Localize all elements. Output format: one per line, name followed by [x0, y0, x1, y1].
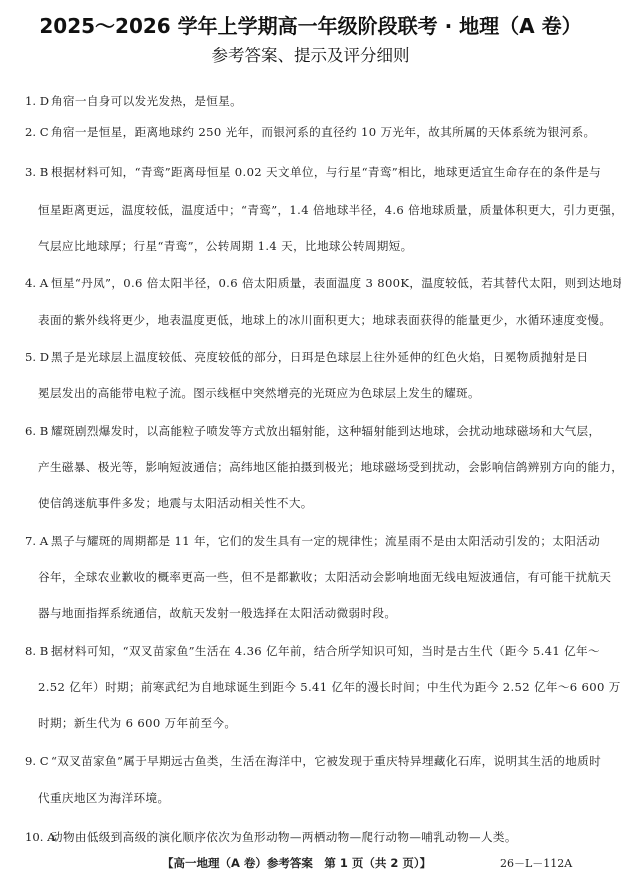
answer-text: 根据材料可知，“青鸾”距离母恒星 0.02 天文单位，与行星“青鸾”相比，地球更… [51, 165, 601, 179]
footer-page-info: 【高一地理（A 卷）参考答案 第 1 页（共 2 页）】 [162, 855, 431, 871]
answer-text: 角宿一自身可以发光发热，是恒星。 [51, 94, 242, 108]
answer-item-8: 8. B据材料可知，“双叉苗家鱼”生活在 4.36 亿年前，结合所学知识可知，当… [25, 643, 600, 659]
answer-number: 8. B [25, 644, 51, 658]
answer-item-10: 10. A动物由低级到高级的演化顺序依次为鱼形动物—两栖动物—爬行动物—哺乳动物… [25, 829, 517, 845]
answer-text: 黑子与耀斑的周期都是 11 年，它们的发生具有一定的规律性；流星雨不是由太阳活动… [51, 534, 600, 548]
answer-item-6-continued: 产生磁暴、极光等，影响短波通信；高纬地区能拍摄到极光；地球磁场受到扰动，会影响信… [38, 459, 621, 475]
answer-item-9-continued: 代重庆地区为海洋环境。 [38, 790, 169, 806]
document-title: 2025～2026 学年上学期高一年级阶段联考 · 地理（A 卷） [0, 10, 621, 39]
answer-item-4: 4. A恒星“丹凤”，0.6 倍太阳半径，0.6 倍太阳质量，表面温度 3 80… [25, 275, 621, 291]
answer-number: 4. A [25, 276, 51, 290]
answer-item-3: 3. B根据材料可知，“青鸾”距离母恒星 0.02 天文单位，与行星“青鸾”相比… [25, 164, 601, 180]
answer-text: “双叉苗家鱼”属于早期远古鱼类，生活在海洋中，它被发现于重庆特异埋藏化石库，说明… [51, 754, 601, 768]
answer-number: 7. A [25, 534, 51, 548]
answer-text: 角宿一是恒星，距离地球约 250 光年，而银河系的直径约 10 万光年，故其所属… [51, 125, 595, 139]
answer-text: 耀斑剧烈爆发时，以高能粒子喷发等方式放出辐射能，这种辐射能到达地球，会扰动地球磁… [51, 424, 600, 438]
answer-item-4-continued: 表面的紫外线将更少，地表温度更低，地球上的冰川面积更大；地球表面获得的能量更少，… [38, 312, 611, 328]
answer-item-6: 6. B耀斑剧烈爆发时，以高能粒子喷发等方式放出辐射能，这种辐射能到达地球，会扰… [25, 423, 600, 439]
answer-item-1: 1. D角宿一自身可以发光发热，是恒星。 [25, 93, 242, 109]
answer-item-3-continued: 气层应比地球厚；行星“青鸾”，公转周期 1.4 天，比地球公转周期短。 [38, 238, 413, 254]
answer-number: 5. D [25, 350, 51, 364]
answer-number: 2. C [25, 125, 51, 139]
answer-number: 9. C [25, 754, 51, 768]
answer-text: 黑子是光球层上温度较低、亮度较低的部分，日珥是色球层上往外延伸的红色火焰，日冕物… [51, 350, 588, 364]
answer-number: 1. D [25, 94, 51, 108]
footer-document-code: 26－L－112A [500, 855, 572, 871]
answer-item-6-continued: 使信鸽迷航事件多发；地震与太阳活动相关性不大。 [38, 495, 313, 511]
answer-text: 恒星“丹凤”，0.6 倍太阳半径，0.6 倍太阳质量，表面温度 3 800K，温… [51, 276, 621, 290]
document-subtitle: 参考答案、提示及评分细则 [0, 42, 621, 66]
answer-item-7-continued: 谷年，全球农业歉收的概率更高一些，但不是都歉收；太阳活动会影响地面无线电短波通信… [38, 569, 611, 585]
answer-item-5: 5. D黑子是光球层上温度较低、亮度较低的部分，日珥是色球层上往外延伸的红色火焰… [25, 349, 588, 365]
answer-number: 10. A [25, 830, 51, 844]
answer-text: 据材料可知，“双叉苗家鱼”生活在 4.36 亿年前，结合所学知识可知，当时是古生… [51, 644, 600, 658]
answer-item-8-continued: 2.52 亿年）时期；前寒武纪为自地球诞生到距今 5.41 亿年的漫长时间；中生… [38, 679, 621, 695]
answer-number: 3. B [25, 165, 51, 179]
answer-item-7: 7. A黑子与耀斑的周期都是 11 年，它们的发生具有一定的规律性；流星雨不是由… [25, 533, 600, 549]
answer-item-3-continued: 恒星距离更远，温度较低，温度适中；“青鸾”，1.4 倍地球半径，4.6 倍地球质… [38, 202, 621, 218]
answer-item-2: 2. C角宿一是恒星，距离地球约 250 光年，而银河系的直径约 10 万光年，… [25, 124, 595, 140]
answer-text: 动物由低级到高级的演化顺序依次为鱼形动物—两栖动物—爬行动物—哺乳动物—人类。 [51, 830, 517, 844]
answer-item-7-continued: 器与地面指挥系统通信，故航天发射一般选择在太阳活动微弱时段。 [38, 605, 396, 621]
answer-item-5-continued: 冕层发出的高能带电粒子流。图示线框中突然增亮的光斑应为色球层上发生的耀斑。 [38, 385, 480, 401]
answer-item-8-continued: 时期；新生代为 6 600 万年前至今。 [38, 715, 236, 731]
answer-item-9: 9. C“双叉苗家鱼”属于早期远古鱼类，生活在海洋中，它被发现于重庆特异埋藏化石… [25, 753, 601, 769]
answer-number: 6. B [25, 424, 51, 438]
